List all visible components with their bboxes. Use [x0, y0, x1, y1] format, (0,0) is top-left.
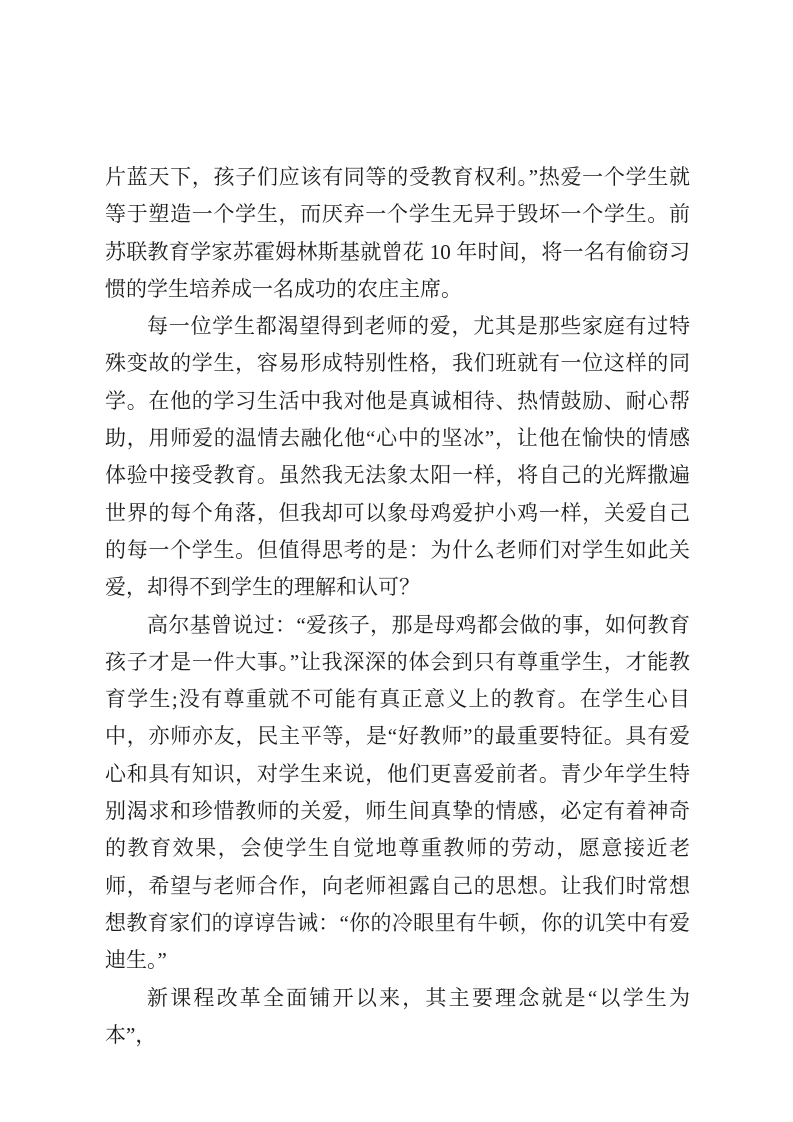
paragraph: 新课程改革全面铺开以来，其主要理念就是“以学生为本”，	[105, 980, 690, 1055]
document-body: 片蓝天下，孩子们应该有同等的受教育权利。”热爱一个学生就等于塑造一个学生，而厌弃…	[105, 159, 690, 1054]
paragraph: 每一位学生都渴望得到老师的爱，尤其是那些家庭有过特殊变故的学生，容易形成特别性格…	[105, 308, 690, 606]
paragraph: 高尔基曾说过：“爱孩子，那是母鸡都会做的事，如何教育孩子才是一件大事。”让我深深…	[105, 607, 690, 980]
document-page: 片蓝天下，孩子们应该有同等的受教育权利。”热爱一个学生就等于塑造一个学生，而厌弃…	[0, 0, 793, 1122]
paragraph-continuation: 片蓝天下，孩子们应该有同等的受教育权利。”热爱一个学生就等于塑造一个学生，而厌弃…	[105, 159, 690, 308]
